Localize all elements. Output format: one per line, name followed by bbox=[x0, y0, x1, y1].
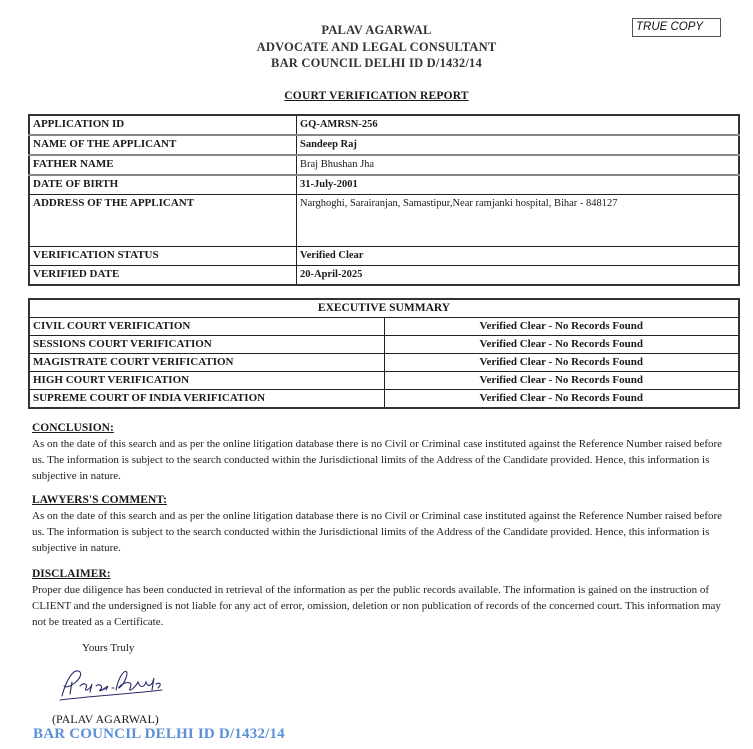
dob-value: 31-July-2001 bbox=[297, 175, 740, 195]
court-label: MAGISTRATE COURT VERIFICATION bbox=[29, 354, 384, 372]
address-value: Narghoghi, Sarairanjan, Samastipur,Near … bbox=[297, 195, 740, 247]
row-label: VERIFIED DATE bbox=[29, 266, 297, 286]
court-label: SESSIONS COURT VERIFICATION bbox=[29, 336, 384, 354]
report-title: COURT VERIFICATION REPORT bbox=[0, 90, 753, 102]
conclusion-heading: CONCLUSION: bbox=[32, 420, 732, 436]
row-label: DATE OF BIRTH bbox=[29, 175, 297, 195]
lawyers-comment-heading: LAWYERS'S COMMENT: bbox=[32, 492, 732, 508]
application-id-value: GQ-AMRSN-256 bbox=[297, 115, 740, 135]
court-label: CIVIL COURT VERIFICATION bbox=[29, 318, 384, 336]
closing-salutation: Yours Truly bbox=[82, 642, 134, 654]
court-result: Verified Clear - No Records Found bbox=[384, 318, 739, 336]
applicant-info-table: APPLICATION ID GQ-AMRSN-256 NAME OF THE … bbox=[28, 114, 740, 286]
disclaimer-section: DISCLAIMER: Proper due diligence has bee… bbox=[32, 566, 732, 630]
court-label: HIGH COURT VERIFICATION bbox=[29, 372, 384, 390]
table-row: CIVIL COURT VERIFICATION Verified Clear … bbox=[29, 318, 739, 336]
court-result: Verified Clear - No Records Found bbox=[384, 336, 739, 354]
signature-icon bbox=[50, 660, 170, 705]
table-row: VERIFIED DATE 20-April-2025 bbox=[29, 266, 739, 286]
table-row: FATHER NAME Braj Bhushan Jha bbox=[29, 155, 739, 175]
table-row: NAME OF THE APPLICANT Sandeep Raj bbox=[29, 135, 739, 155]
court-result: Verified Clear - No Records Found bbox=[384, 390, 739, 409]
table-row: APPLICATION ID GQ-AMRSN-256 bbox=[29, 115, 739, 135]
conclusion-section: CONCLUSION: As on the date of this searc… bbox=[32, 420, 732, 484]
conclusion-text: As on the date of this search and as per… bbox=[32, 436, 732, 484]
advocate-designation: ADVOCATE AND LEGAL CONSULTANT bbox=[0, 39, 753, 56]
lawyers-comment-text: As on the date of this search and as per… bbox=[32, 508, 732, 556]
row-label: APPLICATION ID bbox=[29, 115, 297, 135]
table-row: SESSIONS COURT VERIFICATION Verified Cle… bbox=[29, 336, 739, 354]
row-label: FATHER NAME bbox=[29, 155, 297, 175]
court-label: SUPREME COURT OF INDIA VERIFICATION bbox=[29, 390, 384, 409]
court-result: Verified Clear - No Records Found bbox=[384, 372, 739, 390]
table-row: VERIFICATION STATUS Verified Clear bbox=[29, 247, 739, 266]
signatory-bar-id: BAR COUNCIL DELHI ID D/1432/14 bbox=[33, 726, 285, 743]
verification-status-value: Verified Clear bbox=[297, 247, 740, 266]
executive-summary-table: EXECUTIVE SUMMARY CIVIL COURT VERIFICATI… bbox=[28, 298, 740, 409]
father-name-value: Braj Bhushan Jha bbox=[297, 155, 740, 175]
table-row: ADDRESS OF THE APPLICANT Narghoghi, Sara… bbox=[29, 195, 739, 247]
table-header-row: EXECUTIVE SUMMARY bbox=[29, 299, 739, 318]
disclaimer-text: Proper due diligence has been conducted … bbox=[32, 582, 732, 630]
court-result: Verified Clear - No Records Found bbox=[384, 354, 739, 372]
verified-date-value: 20-April-2025 bbox=[297, 266, 740, 286]
advocate-bar-id: BAR COUNCIL DELHI ID D/1432/14 bbox=[0, 55, 753, 72]
signatory-name: (PALAV AGARWAL) bbox=[52, 712, 159, 727]
table-row: SUPREME COURT OF INDIA VERIFICATION Veri… bbox=[29, 390, 739, 409]
row-label: VERIFICATION STATUS bbox=[29, 247, 297, 266]
row-label: NAME OF THE APPLICANT bbox=[29, 135, 297, 155]
true-copy-stamp: TRUE COPY bbox=[632, 18, 721, 37]
table-row: MAGISTRATE COURT VERIFICATION Verified C… bbox=[29, 354, 739, 372]
disclaimer-heading: DISCLAIMER: bbox=[32, 566, 732, 582]
table-row: HIGH COURT VERIFICATION Verified Clear -… bbox=[29, 372, 739, 390]
table-row: DATE OF BIRTH 31-July-2001 bbox=[29, 175, 739, 195]
applicant-name-value: Sandeep Raj bbox=[297, 135, 740, 155]
row-label: ADDRESS OF THE APPLICANT bbox=[29, 195, 297, 247]
executive-summary-title: EXECUTIVE SUMMARY bbox=[29, 299, 739, 318]
lawyers-comment-section: LAWYERS'S COMMENT: As on the date of thi… bbox=[32, 492, 732, 556]
